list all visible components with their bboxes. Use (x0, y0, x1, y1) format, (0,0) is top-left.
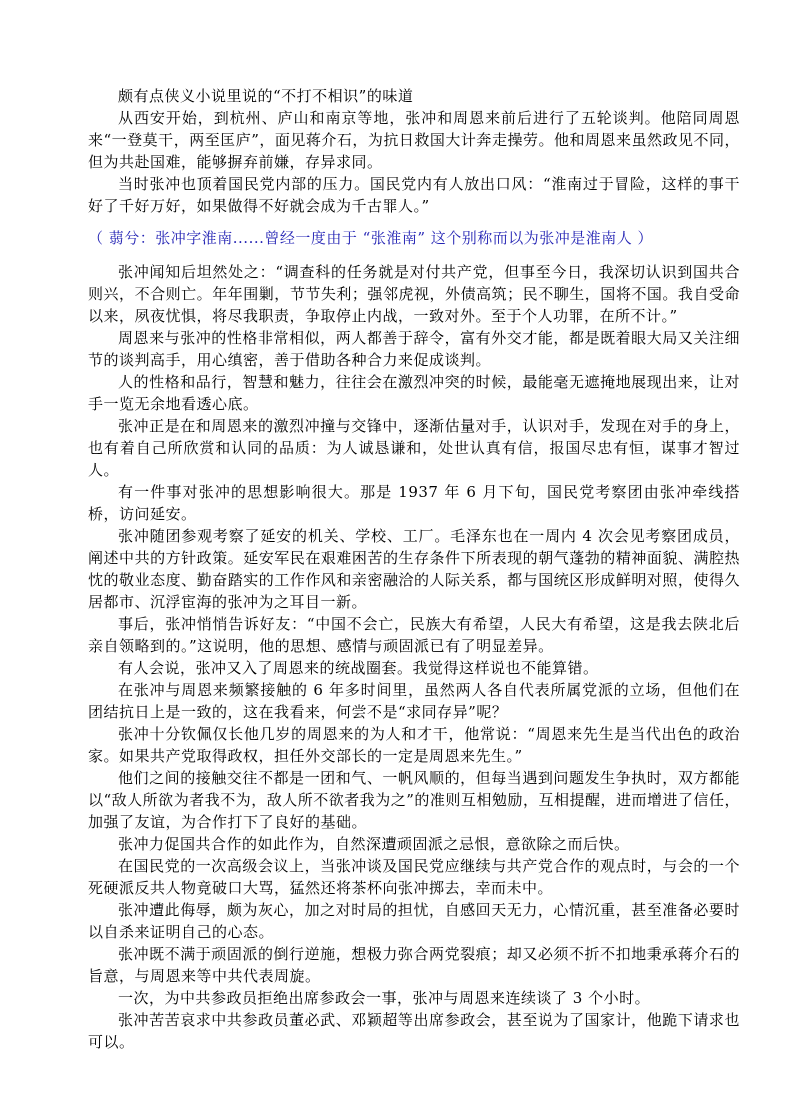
document-page: 颇有点侠义小说里说的“不打不相识”的味道 从西安开始，到杭州、庐山和南京等地，张… (0, 0, 800, 1100)
paragraph: 在张冲与周恩来频繁接触的 6 年多时间里，虽然两人各自代表所属党派的立场，但他们… (88, 679, 740, 723)
paragraph: 张冲随团参观考察了延安的机关、学校、工厂。毛泽东也在一周内 4 次会见考察团成员… (88, 525, 740, 613)
paragraph: 张冲十分钦佩仅长他几岁的周恩来的为人和才干，他常说：“周恩来先生是当代出色的政治… (88, 723, 740, 767)
paragraph: 颇有点侠义小说里说的“不打不相识”的味道 (88, 85, 740, 107)
paragraph: 张冲力促国共合作的如此作为，自然深遭顽固派之忌恨，意欲除之而后快。 (88, 833, 740, 855)
paragraph: 有人会说，张冲又入了周恩来的统战圈套。我觉得这样说也不能算错。 (88, 657, 740, 679)
paragraph: 张冲遭此侮辱，颇为灰心，加之对时局的担忧，自感回天无力，心情沉重，甚至准备必要时… (88, 899, 740, 943)
paragraph: 人的性格和品行，智慧和魅力，往往会在激烈冲突的时候，最能毫无遮掩地展现出来，让对… (88, 371, 740, 415)
paragraph: 从西安开始，到杭州、庐山和南京等地，张冲和周恩来前后进行了五轮谈判。他陪同周恩来… (88, 107, 740, 173)
paragraph: 张冲既不满于顽固派的倒行逆施，想极力弥合两党裂痕；却又必须不折不扣地秉承蒋介石的… (88, 943, 740, 987)
paragraph: 一次，为中共参政员拒绝出席参政会一事，张冲与周恩来连续谈了 3 个小时。 (88, 987, 740, 1009)
paragraph: 张冲正是在和周恩来的激烈冲撞与交锋中，逐渐估量对手，认识对手，发现在对手的身上，… (88, 415, 740, 481)
paragraph: 张冲闻知后坦然处之：“调查科的任务就是对付共产党，但事至今日，我深切认识到国共合… (88, 261, 740, 327)
paragraph: 在国民党的一次高级会议上，当张冲谈及国民党应继续与共产党合作的观点时，与会的一个… (88, 855, 740, 899)
paragraph: 事后，张冲悄悄告诉好友：“中国不会亡，民族大有希望，人民大有希望，这是我去陕北后… (88, 613, 740, 657)
paragraph: 有一件事对张冲的思想影响很大。那是 1937 年 6 月下旬，国民党考察团由张冲… (88, 481, 740, 525)
paragraph: 他们之间的接触交往不都是一团和气、一帆风顺的，但每当遇到问题发生争执时，双方都能… (88, 767, 740, 833)
annotation-note: （ 蒻兮：张冲字淮南......曾经一度由于 “张淮南” 这个别称而以为张冲是淮… (88, 227, 740, 249)
paragraph: 张冲苦苦哀求中共参政员董必武、邓颖超等出席参政会，甚至说为了国家计，他跪下请求也… (88, 1009, 740, 1053)
document-content: 颇有点侠义小说里说的“不打不相识”的味道 从西安开始，到杭州、庐山和南京等地，张… (88, 85, 740, 1053)
paragraph: 周恩来与张冲的性格非常相似，两人都善于辞令，富有外交才能，都是既着眼大局又关注细… (88, 327, 740, 371)
paragraph: 当时张冲也顶着国民党内部的压力。国民党内有人放出口风：“淮南过于冒险，这样的事干… (88, 173, 740, 217)
